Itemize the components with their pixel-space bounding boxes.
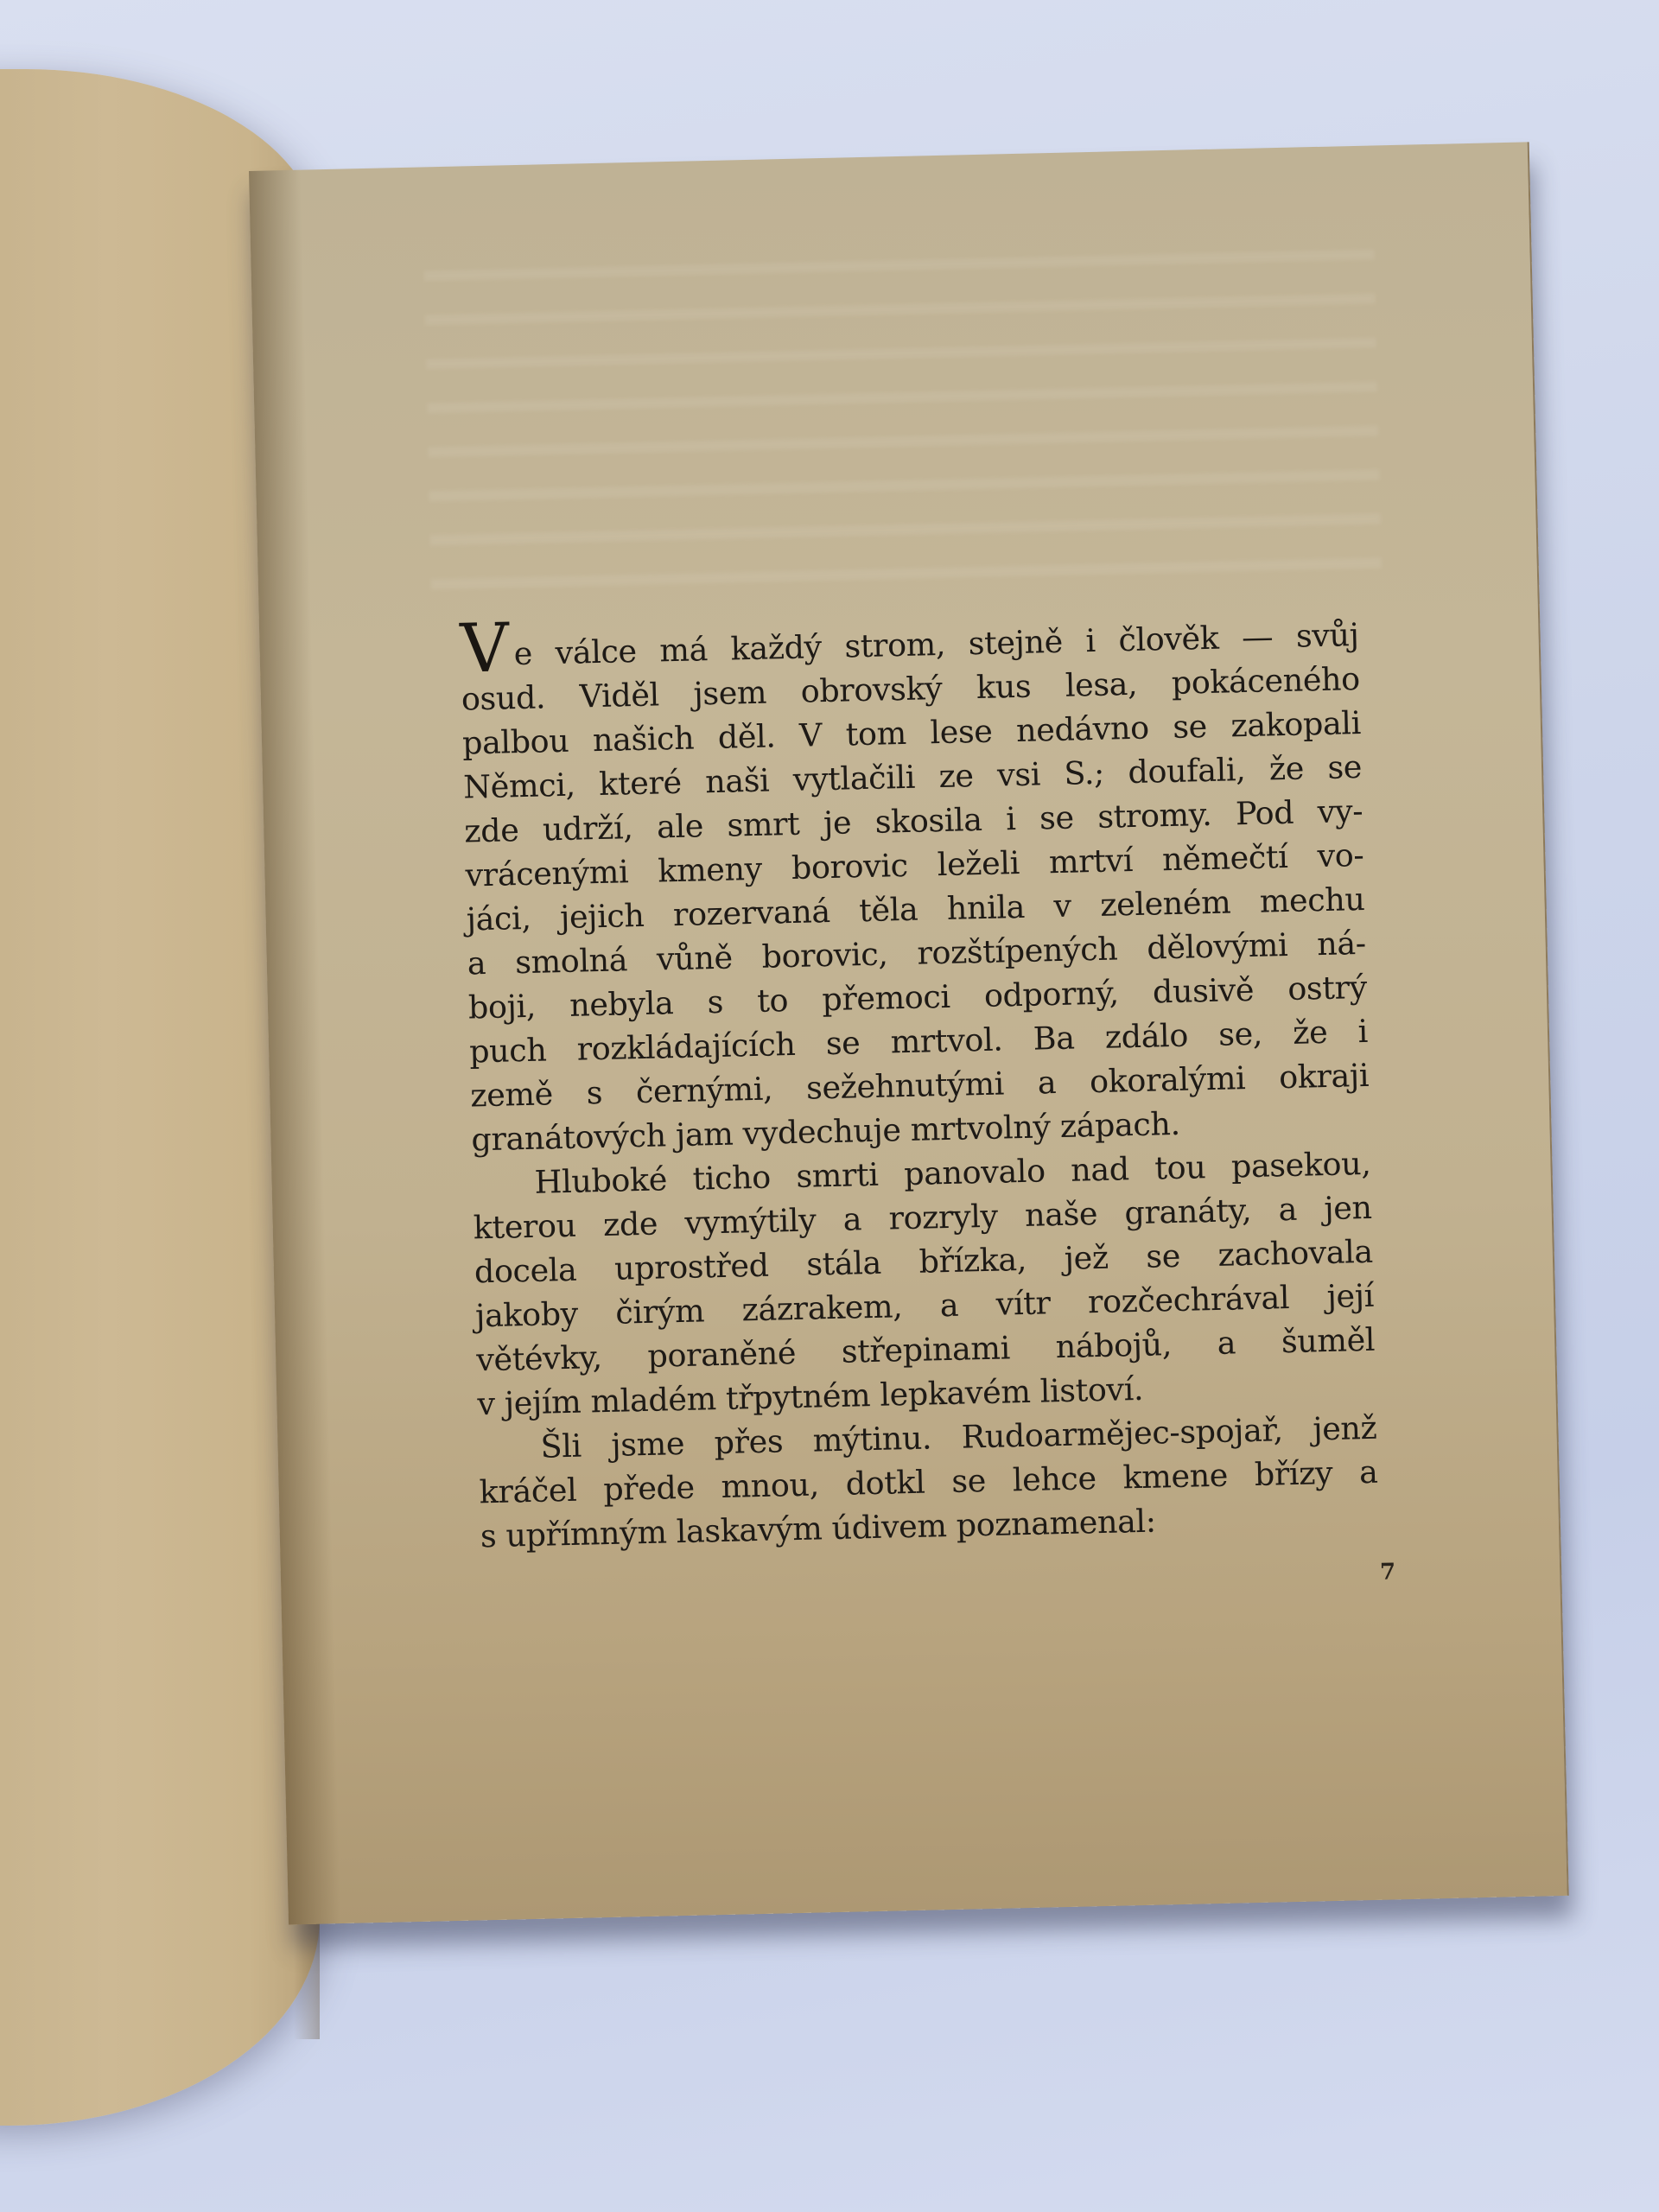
photo-scene: V e válce má každý strom, stejně i člově… xyxy=(0,0,1659,2212)
book-page: V e válce má každý strom, stejně i člově… xyxy=(249,142,1569,1924)
show-through-impression xyxy=(423,223,1382,607)
paragraph-3: Šli jsme přes mýtinu. Rudoarmějec-spojař… xyxy=(478,1406,1379,1559)
paragraph-2: Hluboké ticho smrti panovalo nad tou pas… xyxy=(472,1141,1376,1427)
page-number: 7 xyxy=(1380,1559,1396,1585)
drop-cap: V xyxy=(460,626,509,671)
body-text: V e válce má každý strom, stejně i člově… xyxy=(460,602,1379,1558)
paragraph-1: V e válce má každý strom, stejně i člově… xyxy=(460,602,1370,1161)
